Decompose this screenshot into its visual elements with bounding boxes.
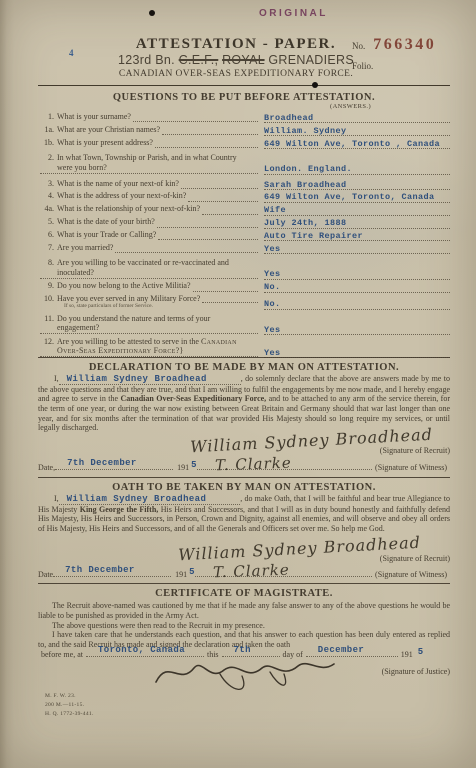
question-text: What is the name of your next-of kin?	[57, 179, 179, 189]
question-number: 8.	[38, 258, 54, 268]
question-text: Are you willing to be vaccinated or re-v…	[57, 258, 253, 278]
form-reference-numbers: M. F. W. 23. 200 M.—11-15. H. Q. 1772-39…	[45, 692, 94, 718]
oath-body-bold: King George the Fifth,	[80, 505, 159, 514]
question-row: 10.Have you ever served in any Military …	[38, 294, 450, 309]
oath-heading: OATH TO BE TAKEN BY MAN ON ATTESTATION.	[38, 482, 450, 493]
question-number: 1b.	[38, 138, 54, 148]
answer-line: Yes	[264, 337, 450, 359]
form-title: ATTESTATION - PAPER.	[86, 36, 386, 53]
witness-signature-oath-label: (Signature of Witness)	[375, 570, 447, 579]
answer-value: Yes	[264, 325, 281, 335]
answer-line: Wife	[264, 204, 450, 215]
dotted-leader	[40, 278, 258, 279]
answer-value: London. England.	[264, 164, 352, 174]
year-printed: 191	[177, 463, 189, 472]
question-text: Do you understand the nature and terms o…	[57, 314, 253, 334]
form-ref-line2: 200 M.—11-15.	[45, 701, 94, 710]
answers-label: (ANSWERS.)	[330, 103, 371, 110]
question-row: 1a.What are your Christian names? Willia…	[38, 125, 450, 136]
form-ref-line1: M. F. W. 23.	[45, 692, 94, 701]
declaration-date-row: Date, 7th December 191 5 T. Clarke (Sign…	[38, 459, 450, 473]
answer-line: No.	[264, 281, 450, 292]
justice-signature-scribble	[150, 652, 340, 698]
recruit-signature-oath-label: (Signature of Recruit)	[380, 554, 450, 563]
margin-mark: 4	[69, 48, 74, 58]
date-line: 7th December	[53, 576, 171, 577]
question-row: 6.What is your Trade or Calling? Auto Ti…	[38, 230, 450, 241]
oath-name-typed: William Sydney Broadhead	[59, 494, 241, 505]
oath-i: I,	[54, 494, 59, 503]
question-number: 4a.	[38, 204, 54, 214]
oath-date-row: Date 7th December 191 5 T. Clarke (Signa…	[38, 566, 450, 580]
question-number: 11.	[38, 314, 54, 324]
answer-value: No.	[264, 299, 281, 309]
question-row: 7.Are you married? Yes	[38, 243, 450, 254]
justice-signature-label: (Signature of Justice)	[382, 667, 450, 676]
question-number: 1.	[38, 112, 54, 122]
oath-paragraph: I,William Sydney Broadhead, do make Oath…	[38, 494, 450, 534]
folio-label: Folio.	[352, 61, 436, 71]
recruit-signature-label: (Signature of Recruit)	[380, 446, 450, 455]
date-typed: 7th December	[65, 565, 135, 575]
question-row: 12.Are you willing to be attested to ser…	[38, 337, 450, 359]
question-number: 3.	[38, 179, 54, 189]
dotted-leader	[40, 173, 258, 174]
answer-value: William. Sydney	[264, 126, 347, 136]
question-text: In what Town, Township or Parish, and in…	[57, 153, 253, 173]
dotted-leader	[202, 214, 258, 215]
registration-dot-top	[149, 10, 155, 16]
answer-value: Broadhead	[264, 113, 314, 123]
dotted-leader	[40, 333, 258, 334]
answer-line: Yes	[264, 314, 450, 336]
question-row: 8.Are you willing to be vaccinated or re…	[38, 258, 450, 280]
dotted-leader	[155, 147, 258, 148]
dotted-leader	[181, 188, 258, 189]
dotted-leader	[158, 239, 258, 240]
question-row: 1b.What is your present address? 649 Wil…	[38, 138, 450, 149]
dotted-leader	[162, 134, 258, 135]
question-text: What is your present address?	[57, 138, 153, 148]
answer-value: Auto Tire Repairer	[264, 231, 363, 241]
questions-list: 1.What is your surname? Broadhead 1a.Wha…	[38, 112, 450, 360]
unit-struck-cef: C.E.F.,	[179, 53, 219, 67]
certificate-para1: The Recruit above-named was cautioned by…	[38, 601, 450, 621]
answer-line: London. England.	[264, 153, 450, 175]
question-number: 2.	[38, 153, 54, 163]
dotted-leader	[188, 201, 258, 202]
date-label: Date,	[38, 463, 55, 472]
dotted-leader	[115, 252, 258, 253]
unit-struck-royal: ROYAL	[222, 53, 265, 67]
question-text: Are you willing to be attested to serve …	[57, 337, 253, 357]
question-row: 4.What is the address of your next-of-ki…	[38, 191, 450, 202]
answer-line: July 24th, 1888	[264, 217, 450, 228]
answer-value: Yes	[264, 269, 281, 279]
serial-block: No. 766340 Folio.	[352, 36, 436, 71]
answer-value: 649 Wilton Ave, Toronto , Canada	[264, 139, 440, 149]
question-text: What is your Trade or Calling?	[57, 230, 156, 240]
declaration-name-typed: William Sydney Broadhead	[59, 374, 241, 385]
original-stamp: ORIGINAL	[259, 8, 328, 19]
scanned-attestation-paper: ORIGINAL 4 ATTESTATION - PAPER. 123rd Bn…	[0, 0, 476, 768]
question-text: What is the relationship of your next-of…	[57, 204, 200, 214]
answer-line: Sarah Broadhead	[264, 179, 450, 190]
question-number: 1a.	[38, 125, 54, 135]
question-brace: }	[179, 346, 183, 355]
witness-signature-oath: T. Clarke	[213, 561, 290, 582]
witness-signature-label: (Signature of Witness)	[375, 463, 447, 472]
answer-value: Sarah Broadhead	[264, 180, 347, 190]
question-text: What are your Christian names?	[57, 125, 160, 135]
answer-line: Yes	[264, 243, 450, 254]
answer-line: William. Sydney	[264, 125, 450, 136]
form-ref-line3: H. Q. 1772-39-441.	[45, 710, 94, 719]
answer-line: 649 Wilton Ave, Toronto , Canada	[264, 138, 450, 149]
question-row: 3.What is the name of your next-of kin? …	[38, 179, 450, 190]
question-number: 10.	[38, 294, 54, 304]
date-typed: 7th December	[67, 458, 137, 468]
header-rule	[38, 85, 450, 86]
certificate-rule	[38, 583, 450, 584]
question-text: Are you married?	[57, 243, 113, 253]
dotted-leader	[193, 291, 258, 292]
no-label: No.	[352, 41, 365, 51]
question-number: 9.	[38, 281, 54, 291]
year-typed: 5	[418, 647, 424, 657]
answer-value: 649 Wilton Ave, Toronto, Canada	[264, 192, 435, 202]
question-number: 12.	[38, 337, 54, 347]
answer-line: 649 Wilton Ave, Toronto, Canada	[264, 191, 450, 202]
unit-stamp: 123rd Bn. C.E.F., ROYAL GRENADIERS	[86, 53, 386, 67]
question-row: 4a.What is the relationship of your next…	[38, 204, 450, 215]
date-line: 7th December	[55, 469, 173, 470]
question-row: 1.What is your surname? Broadhead	[38, 112, 450, 123]
question-text: What is the address of your next-of-kin?	[57, 191, 186, 201]
paper-sheet: ORIGINAL 4 ATTESTATION - PAPER. 123rd Bn…	[0, 0, 476, 768]
question-text: Do you now belong to the Active Militia?	[57, 281, 191, 291]
questions-heading: QUESTIONS TO BE PUT BEFORE ATTESTATION.	[38, 92, 450, 103]
answer-value: Wife	[264, 205, 286, 215]
witness-signature-declaration: T. Clarke	[215, 454, 292, 475]
declaration-rule	[38, 357, 450, 358]
dotted-leader	[157, 227, 258, 228]
oath-rule	[38, 477, 450, 478]
question-row: 2.In what Town, Township or Parish, and …	[38, 153, 450, 175]
witness-line: T. Clarke	[197, 459, 372, 470]
answer-value: No.	[264, 282, 281, 292]
question-row: 5.What is the date of your birth? July 2…	[38, 217, 450, 228]
before-me-label: before me, at	[41, 650, 83, 659]
witness-line: T. Clarke	[195, 566, 372, 577]
question-row: 11.Do you understand the nature and term…	[38, 314, 450, 336]
question-number: 4.	[38, 191, 54, 201]
question-row: 9.Do you now belong to the Active Militi…	[38, 281, 450, 292]
form-subtitle: CANADIAN OVER-SEAS EXPEDITIONARY FORCE.	[86, 69, 386, 79]
declaration-body-bold: Canadian Over-Seas Expeditionary Force,	[120, 394, 266, 403]
answer-line: Broadhead	[264, 112, 450, 123]
certificate-para2: The above questions were then read to th…	[38, 621, 450, 631]
question-text: What is your surname?	[57, 112, 131, 122]
question-number: 5.	[38, 217, 54, 227]
declaration-i: I,	[54, 374, 59, 383]
answer-value: July 24th, 1888	[264, 218, 347, 228]
title-block: ATTESTATION - PAPER. 123rd Bn. C.E.F., R…	[86, 36, 386, 79]
question-number: 6.	[38, 230, 54, 240]
year-printed: 191	[401, 650, 413, 659]
question-text: What is the date of your birth?	[57, 217, 155, 227]
dotted-leader	[133, 121, 258, 122]
unit-suffix: GRENADIERS	[268, 53, 354, 67]
date-label: Date	[38, 570, 53, 579]
question-note: If so, state particulars of former Servi…	[64, 303, 260, 310]
serial-number: 766340	[373, 36, 436, 54]
declaration-heading: DECLARATION TO BE MADE BY MAN ON ATTESTA…	[38, 362, 450, 373]
answer-line: Yes	[264, 258, 450, 280]
question-number: 7.	[38, 243, 54, 253]
year-printed: 191	[175, 570, 187, 579]
registration-dot-rule	[312, 82, 318, 88]
answer-line: Auto Tire Repairer	[264, 230, 450, 241]
answer-value: Yes	[264, 244, 281, 254]
unit-prefix: 123rd Bn.	[118, 53, 175, 67]
declaration-paragraph: I,William Sydney Broadhead, do solemnly …	[38, 374, 450, 433]
answer-line: No.	[264, 294, 450, 309]
certificate-heading: CERTIFICATE OF MAGISTRATE.	[38, 588, 450, 599]
certificate-paragraphs: The Recruit above-named was cautioned by…	[38, 601, 450, 650]
